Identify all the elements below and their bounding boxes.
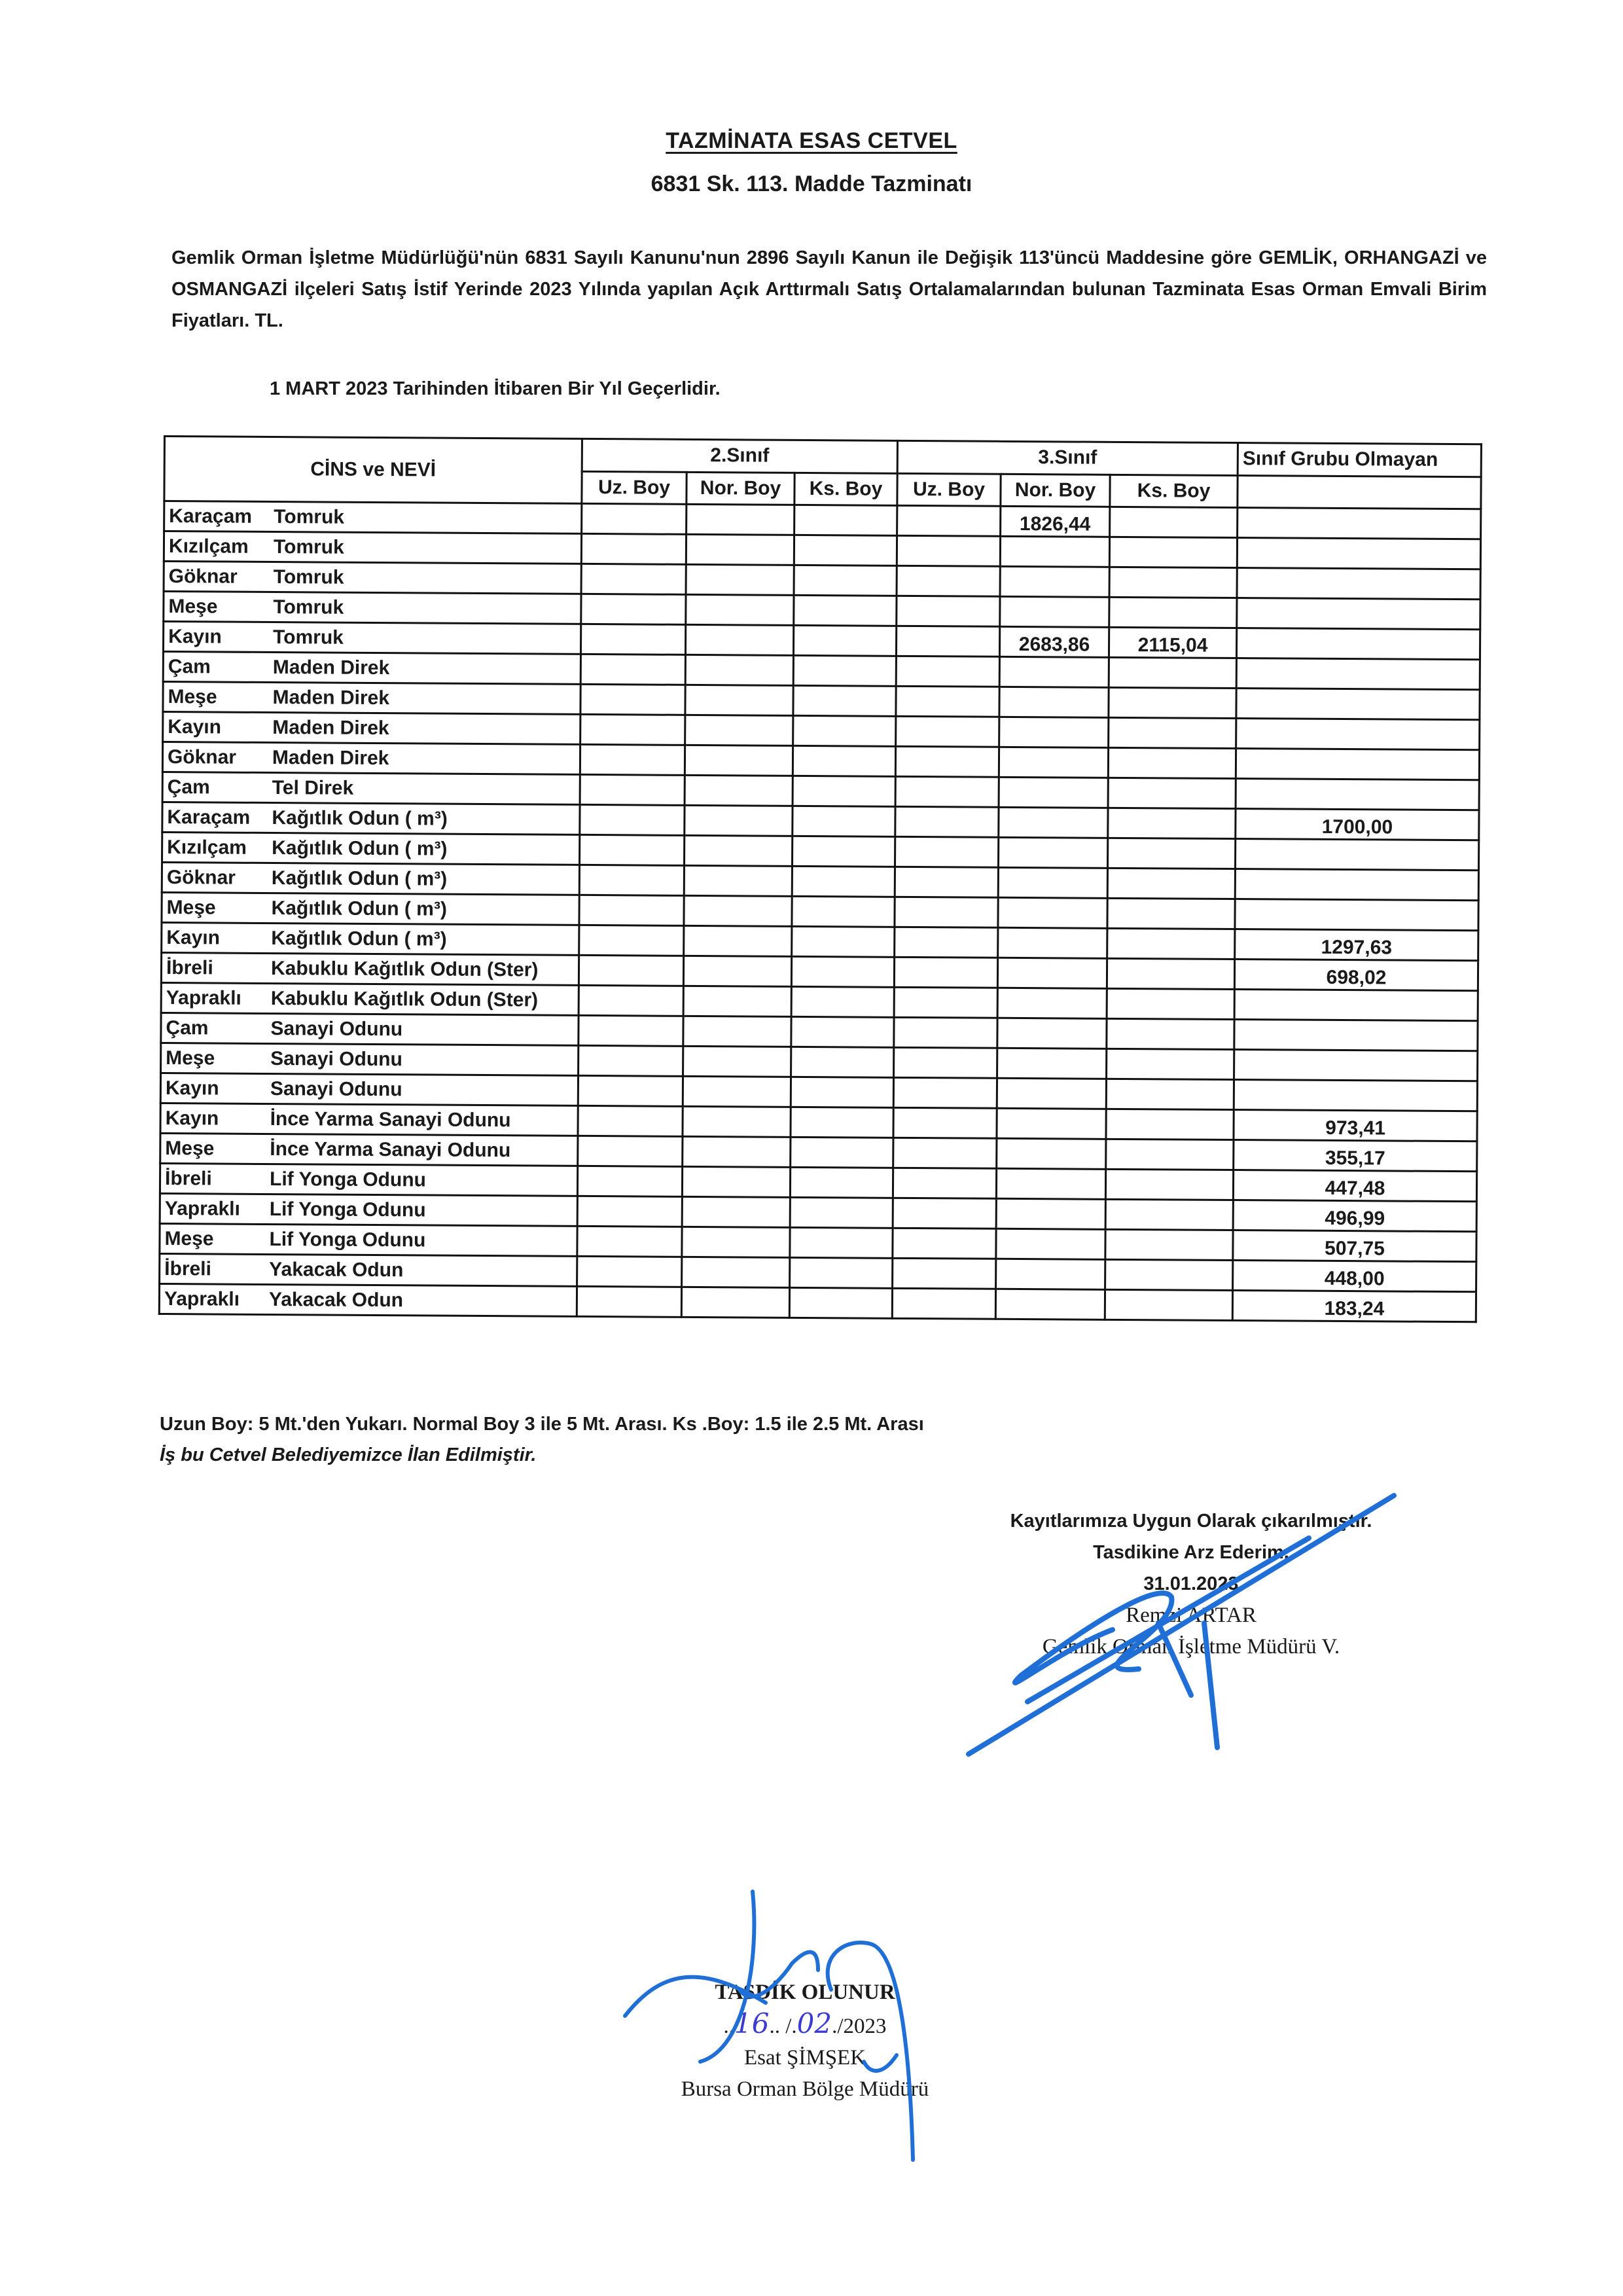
nevi-label: Maden Direk — [272, 687, 389, 709]
price-cell-s3-ks — [1106, 1079, 1234, 1109]
price-cell-s3-nor — [998, 897, 1107, 928]
cins-nevi-cell: İbreliLif Yonga Odunu — [160, 1163, 577, 1196]
price-cell-none: 507,75 — [1233, 1230, 1476, 1262]
price-cell-s2-uz — [579, 955, 683, 986]
price-cell-s3-uz — [894, 957, 997, 988]
price-cell-s3-uz — [895, 897, 998, 927]
price-cell-s2-ks — [793, 776, 895, 806]
table-body: KaraçamTomruk1826,44KızılçamTomrukGöknar… — [159, 501, 1481, 1322]
price-cell-s2-uz — [580, 744, 685, 775]
header-s3-ks: Ks. Boy — [1110, 475, 1238, 508]
price-cell-s3-ks — [1107, 868, 1235, 899]
price-cell-none — [1234, 1020, 1478, 1051]
nevi-label: Lif Yonga Odunu — [269, 1229, 425, 1251]
table-header-row-groups: CİNS ve NEVİ 2.Sınıf 3.Sınıf Sınıf Grubu… — [164, 437, 1481, 477]
header-s3-nor: Nor. Boy — [1001, 474, 1110, 507]
price-cell-s2-ks — [792, 866, 895, 897]
price-cell-s2-nor — [685, 685, 793, 715]
nevi-label: Tomruk — [273, 626, 344, 649]
price-cell-s3-ks — [1107, 958, 1234, 989]
price-cell-s3-uz — [897, 565, 1000, 596]
price-cell-s2-uz — [579, 1045, 683, 1076]
price-cell-s3-ks — [1109, 717, 1236, 748]
intro-paragraph: Gemlik Orman İşletme Müdürlüğü'nün 6831 … — [171, 242, 1487, 336]
price-cell-s2-ks — [790, 1257, 893, 1288]
price-cell-s2-ks — [791, 1077, 893, 1107]
price-cell-s3-uz — [893, 1228, 996, 1259]
price-cell-s2-uz — [580, 624, 685, 655]
price-cell-s2-nor — [682, 1257, 790, 1287]
cins-label: Çam — [168, 776, 272, 799]
price-cell-s3-ks — [1109, 567, 1237, 598]
price-cell-s3-nor — [999, 687, 1109, 717]
price-cell-s2-nor — [683, 1106, 791, 1137]
price-cell-s3-nor — [997, 1018, 1107, 1049]
nevi-label: Lif Yonga Odunu — [270, 1168, 426, 1191]
cins-nevi-cell: GöknarTomruk — [164, 562, 581, 594]
price-cell-none — [1236, 749, 1479, 780]
price-cell-s3-ks — [1105, 1289, 1232, 1320]
price-cell-s2-nor — [684, 865, 792, 896]
price-cell-s2-ks — [791, 1137, 893, 1168]
header-no-class: Sınıf Grubu Olmayan — [1238, 443, 1481, 477]
price-cell-s2-ks — [792, 926, 895, 957]
price-cell-s2-nor — [687, 504, 794, 535]
price-cell-s2-nor — [684, 925, 792, 956]
price-cell-s2-uz — [579, 985, 683, 1016]
price-cell-s3-uz — [894, 987, 997, 1018]
preparer-date: 31.01.2023 — [942, 1568, 1440, 1600]
price-cell-s3-uz — [895, 806, 999, 837]
cins-label: Göknar — [169, 565, 274, 588]
price-cell-s2-uz — [579, 895, 684, 925]
nevi-label: Kabuklu Kağıtlık Odun (Ster) — [271, 958, 539, 980]
price-cell-s3-ks — [1108, 808, 1236, 838]
price-cell-s2-ks — [790, 1227, 893, 1258]
nevi-label: İnce Yarma Sanayi Odunu — [270, 1138, 510, 1161]
price-cell-s3-uz — [894, 1047, 997, 1078]
price-cell-s2-uz — [577, 1256, 682, 1287]
price-cell-s3-ks — [1105, 1169, 1233, 1200]
cins-nevi-cell: KaraçamTomruk — [164, 501, 582, 534]
price-cell-s3-nor — [1000, 566, 1109, 597]
price-cell-none — [1237, 598, 1480, 630]
price-cell-s2-ks — [790, 1197, 893, 1228]
cins-label: Yapraklı — [165, 1198, 270, 1221]
price-cell-s2-ks — [792, 896, 895, 927]
price-cell-none: 447,48 — [1233, 1170, 1476, 1202]
price-cell-s3-nor: 2683,86 — [999, 626, 1109, 657]
cins-label: Çam — [166, 1017, 270, 1040]
cins-label: Meşe — [166, 897, 271, 920]
price-cell-s2-ks — [793, 655, 896, 686]
cins-nevi-cell: MeşeSanayi Odunu — [161, 1043, 579, 1075]
price-cell-s2-uz — [581, 564, 686, 594]
header-class-2: 2.Sınıf — [582, 439, 897, 473]
cins-nevi-cell: KayınMaden Direk — [163, 712, 580, 745]
price-cell-s3-uz — [897, 596, 1000, 626]
price-cell-s2-uz — [578, 1075, 683, 1106]
cins-nevi-cell: KayınSanayi Odunu — [160, 1073, 578, 1105]
price-cell-s2-nor — [684, 835, 792, 866]
announcement-note: İş bu Cetvel Belediyemizce İlan Edilmişt… — [160, 1444, 536, 1466]
approver-date-month: 02 — [797, 2007, 832, 2039]
cins-label: İbreli — [165, 1168, 270, 1191]
price-cell-s3-nor — [999, 747, 1108, 778]
cins-label: Yapraklı — [166, 987, 271, 1010]
price-cell-s3-ks — [1108, 778, 1236, 808]
preparer-request: Tasdikine Arz Ederim. — [942, 1537, 1440, 1568]
price-cell-s3-ks — [1109, 537, 1237, 567]
cins-label: Meşe — [166, 1047, 270, 1070]
price-cell-s3-nor — [997, 958, 1107, 988]
nevi-label: Tomruk — [274, 506, 344, 528]
price-cell-s2-ks — [793, 745, 895, 776]
price-cell-s3-nor — [997, 1108, 1106, 1139]
price-cell-s3-uz — [896, 716, 999, 747]
price-cell-s3-nor — [997, 988, 1107, 1018]
price-cell-s3-ks — [1109, 597, 1237, 628]
price-cell-s2-nor — [683, 1016, 791, 1047]
price-cell-s2-uz — [580, 684, 685, 715]
header-s2-nor: Nor. Boy — [687, 472, 794, 505]
price-cell-s3-nor — [996, 1198, 1105, 1229]
cins-label: Kayın — [166, 1077, 270, 1100]
price-cell-s2-nor — [685, 805, 793, 836]
cins-label: Karaçam — [167, 806, 272, 829]
price-cell-none: 355,17 — [1234, 1140, 1477, 1172]
price-cell-s2-ks — [791, 956, 894, 987]
cins-nevi-cell: YapraklıLif Yonga Odunu — [160, 1193, 577, 1226]
cins-label: Göknar — [167, 867, 272, 889]
price-cell-s3-uz — [896, 686, 999, 717]
price-cell-s2-nor — [685, 715, 793, 745]
price-cell-s3-nor — [997, 1078, 1106, 1109]
price-cell-s3-nor — [996, 1229, 1105, 1259]
nevi-label: Lif Yonga Odunu — [270, 1198, 426, 1221]
price-cell-s2-uz — [579, 925, 684, 956]
cins-label: İbreli — [166, 957, 271, 980]
cins-label: Çam — [168, 656, 273, 679]
price-cell-s2-ks — [793, 685, 896, 716]
price-cell-s3-nor — [996, 1259, 1105, 1289]
nevi-label: Sanayi Odunu — [270, 1048, 402, 1070]
price-cell-s2-ks — [791, 986, 894, 1017]
cins-nevi-cell: MeşeLif Yonga Odunu — [160, 1223, 577, 1256]
nevi-label: Kabuklu Kağıtlık Odun (Ster) — [271, 988, 539, 1011]
cins-label: Meşe — [164, 1228, 269, 1251]
price-cell-s2-nor — [684, 895, 792, 926]
nevi-label: Maden Direk — [273, 656, 390, 679]
price-cell-s3-nor — [1000, 536, 1109, 567]
price-cell-none — [1234, 1050, 1478, 1081]
price-cell-none — [1238, 508, 1481, 539]
price-cell-s3-nor — [998, 927, 1107, 958]
document-title: TAZMİNATA ESAS CETVEL — [0, 128, 1623, 154]
price-cell-none: 448,00 — [1233, 1261, 1476, 1292]
price-cell-s2-ks — [794, 565, 897, 596]
header-s2-ks: Ks. Boy — [794, 473, 897, 505]
cins-nevi-cell: Kayınİnce Yarma Sanayi Odunu — [160, 1103, 578, 1136]
price-cell-none — [1236, 779, 1479, 810]
price-cell-s3-ks — [1108, 747, 1236, 778]
cins-nevi-cell: İbreliYakacak Odun — [160, 1253, 577, 1286]
price-cell-s3-ks — [1107, 1049, 1234, 1079]
price-cell-s3-nor — [998, 867, 1107, 898]
price-cell-s3-uz — [893, 1258, 996, 1289]
price-cell-s2-ks — [789, 1287, 892, 1318]
nevi-label: Yakacak Odun — [269, 1259, 403, 1281]
price-cell-none — [1236, 839, 1479, 870]
price-cell-s3-ks — [1107, 988, 1234, 1019]
cins-label: Kayın — [168, 626, 273, 649]
approver-position: Bursa Orman Bölge Müdürü — [641, 2073, 969, 2105]
nevi-label: Sanayi Odunu — [270, 1078, 402, 1100]
price-cell-none: 496,99 — [1233, 1200, 1476, 1232]
header-no-class-sub — [1238, 475, 1481, 509]
price-cell-s3-ks — [1107, 898, 1235, 929]
price-cell-s2-uz — [577, 1166, 682, 1196]
price-cell-s3-ks — [1109, 657, 1236, 688]
price-cell-s3-ks — [1105, 1259, 1233, 1290]
cins-nevi-cell: ÇamTel Direk — [162, 772, 580, 804]
price-cell-none — [1236, 628, 1480, 660]
length-definitions: Uzun Boy: 5 Mt.'den Yukarı. Normal Boy 3… — [160, 1414, 924, 1435]
cins-nevi-cell: MeşeTomruk — [164, 592, 581, 624]
approver-date: ..16.. /.02./2023 — [641, 2008, 969, 2042]
cins-label: İbreli — [164, 1258, 269, 1281]
nevi-label: Sanayi Odunu — [270, 1018, 402, 1040]
price-cell-s3-nor — [999, 837, 1108, 868]
price-cell-s2-uz — [580, 804, 685, 835]
price-cell-s3-nor: 1826,44 — [1001, 506, 1110, 537]
nevi-label: Tomruk — [274, 536, 344, 558]
price-cell-s3-nor — [999, 777, 1108, 808]
cins-nevi-cell: KayınKağıtlık Odun ( m³) — [162, 922, 579, 955]
price-cell-s2-ks — [794, 595, 897, 626]
nevi-label: Maden Direk — [272, 747, 389, 769]
header-s2-uz: Uz. Boy — [582, 471, 687, 504]
price-cell-s2-nor — [686, 564, 794, 595]
price-cell-s2-uz — [581, 594, 686, 624]
price-cell-none — [1234, 990, 1478, 1021]
price-cell-s2-uz — [580, 774, 685, 805]
price-cell-s2-uz — [577, 1226, 682, 1257]
preparer-signature-block: Kayıtlarımıza Uygun Olarak çıkarılmıştır… — [942, 1505, 1440, 1662]
cins-nevi-cell: KayınTomruk — [163, 622, 580, 655]
price-cell-s3-uz — [894, 1017, 997, 1048]
nevi-label: Tel Direk — [272, 777, 354, 799]
price-cell-s2-uz — [579, 1015, 683, 1046]
cins-nevi-cell: ÇamMaden Direk — [163, 652, 580, 685]
price-cell-s3-uz — [893, 1077, 997, 1108]
cins-nevi-cell: GöknarKağıtlık Odun ( m³) — [162, 862, 579, 895]
price-cell-s3-nor — [995, 1289, 1105, 1319]
price-cell-s3-uz — [895, 836, 999, 867]
price-cell-s2-nor — [683, 956, 791, 986]
price-cell-s3-nor — [996, 1168, 1105, 1199]
price-cell-s2-nor — [683, 1136, 791, 1167]
header-class-3: 3.Sınıf — [897, 440, 1238, 475]
validity-statement: 1 MART 2023 Tarihinden İtibaren Bir Yıl … — [270, 378, 721, 400]
nevi-label: İnce Yarma Sanayi Odunu — [270, 1108, 511, 1131]
price-cell-s2-nor — [681, 1287, 789, 1318]
price-cell-s2-ks — [794, 505, 897, 535]
price-cell-none — [1237, 538, 1480, 569]
price-cell-s2-uz — [581, 533, 686, 564]
price-cell-s3-uz — [895, 867, 998, 897]
price-cell-none — [1235, 869, 1478, 901]
price-cell-s3-uz — [892, 1288, 995, 1319]
price-cell-none — [1234, 1080, 1477, 1111]
cins-label: Meşe — [168, 686, 272, 709]
price-cell-s2-nor — [685, 624, 793, 655]
price-cell-s2-uz — [580, 834, 685, 865]
price-cell-s2-nor — [682, 1227, 790, 1257]
cins-nevi-cell: GöknarMaden Direk — [162, 742, 580, 775]
cins-nevi-cell: Meşeİnce Yarma Sanayi Odunu — [160, 1133, 578, 1166]
price-cell-s2-uz — [578, 1105, 683, 1136]
price-cell-s2-nor — [686, 594, 794, 625]
price-cell-s3-uz — [895, 776, 999, 807]
price-cell-s3-nor — [997, 1138, 1106, 1169]
price-cell-s2-ks — [793, 625, 896, 656]
nevi-label: Tomruk — [273, 596, 344, 619]
price-cell-s3-uz — [896, 656, 999, 687]
document-subtitle: 6831 Sk. 113. Madde Tazminatı — [0, 171, 1623, 197]
price-cell-none: 1297,63 — [1235, 929, 1478, 961]
price-cell-s2-uz — [580, 654, 685, 685]
price-table: CİNS ve NEVİ 2.Sınıf 3.Sınıf Sınıf Grubu… — [158, 435, 1482, 1323]
price-cell-s3-ks — [1106, 1109, 1234, 1139]
cins-nevi-cell: ÇamSanayi Odunu — [161, 1013, 579, 1045]
price-cell-s2-nor — [683, 1076, 791, 1107]
price-cell-s2-ks — [792, 836, 895, 867]
price-cell-s2-uz — [580, 714, 685, 745]
price-cell-s2-ks — [791, 1107, 893, 1138]
price-cell-s3-nor — [997, 1048, 1107, 1079]
header-s3-uz: Uz. Boy — [897, 473, 1001, 506]
cins-nevi-cell: YapraklıYakacak Odun — [159, 1283, 577, 1316]
nevi-label: Yakacak Odun — [269, 1289, 403, 1311]
price-cell-s3-ks — [1106, 1139, 1234, 1170]
price-cell-s3-ks — [1105, 1199, 1233, 1230]
price-cell-none: 973,41 — [1234, 1110, 1477, 1141]
cins-nevi-cell: İbreliKabuklu Kağıtlık Odun (Ster) — [161, 952, 579, 985]
price-cell-s3-ks: 2115,04 — [1109, 627, 1236, 658]
price-cell-none — [1236, 719, 1480, 750]
cins-nevi-cell: KızılçamTomruk — [164, 531, 581, 564]
price-cell-s3-uz — [893, 1198, 996, 1229]
price-cell-s3-ks — [1107, 1018, 1234, 1049]
price-cell-s2-nor — [682, 1196, 790, 1227]
price-cell-s2-nor — [686, 534, 794, 565]
approver-heading: TASDİK OLUNUR — [641, 1977, 969, 2008]
price-cell-s3-uz — [893, 1168, 996, 1198]
cins-label: Karaçam — [169, 505, 274, 528]
price-cell-none — [1235, 899, 1478, 931]
price-cell-s2-uz — [577, 1196, 682, 1227]
header-cins-nevi: CİNS ve NEVİ — [164, 437, 582, 504]
cins-label: Kayın — [168, 716, 272, 739]
price-cell-s3-ks — [1109, 687, 1236, 718]
price-cell-s2-ks — [791, 1016, 894, 1047]
price-cell-s2-uz — [582, 503, 687, 534]
cins-label: Meşe — [168, 596, 273, 619]
price-cell-s3-ks — [1108, 838, 1236, 869]
cins-label: Kayın — [166, 1107, 270, 1130]
price-cell-s3-ks — [1110, 507, 1238, 537]
preparer-statement: Kayıtlarımıza Uygun Olarak çıkarılmıştır… — [942, 1505, 1440, 1537]
price-cell-s2-uz — [579, 865, 684, 895]
cins-label: Yapraklı — [164, 1288, 269, 1311]
price-cell-s2-nor — [685, 655, 793, 685]
price-cell-s2-nor — [683, 986, 791, 1016]
cins-nevi-cell: MeşeMaden Direk — [163, 682, 580, 715]
price-cell-s2-nor — [685, 745, 793, 776]
approver-date-day: 16 — [734, 2007, 769, 2039]
cins-nevi-cell: KızılçamKağıtlık Odun ( m³) — [162, 832, 580, 865]
preparer-name: Remzi ARTAR — [942, 1600, 1440, 1631]
price-cell-s2-uz — [578, 1136, 683, 1166]
nevi-label: Maden Direk — [272, 717, 389, 739]
price-cell-s3-uz — [897, 505, 1001, 536]
price-cell-s2-nor — [682, 1166, 790, 1197]
price-cell-none: 698,02 — [1234, 960, 1478, 991]
nevi-label: Tomruk — [274, 566, 344, 588]
price-cell-none: 1700,00 — [1236, 809, 1479, 840]
price-cell-s2-ks — [794, 535, 897, 565]
price-cell-s2-ks — [793, 715, 896, 746]
price-cell-s3-uz — [893, 1138, 997, 1168]
price-cell-s3-nor — [999, 717, 1109, 747]
nevi-label: Kağıtlık Odun ( m³) — [272, 837, 448, 860]
price-cell-s2-uz — [577, 1286, 681, 1317]
price-cell-s2-ks — [793, 806, 895, 836]
cins-label: Kayın — [166, 927, 271, 950]
price-cell-s2-ks — [791, 1047, 894, 1077]
cins-label: Kızılçam — [169, 535, 274, 558]
price-cell-none — [1237, 568, 1480, 600]
price-cell-s3-uz — [893, 1107, 997, 1138]
price-cell-s3-nor — [999, 807, 1108, 838]
nevi-label: Kağıtlık Odun ( m³) — [271, 897, 447, 920]
price-cell-s2-ks — [790, 1167, 893, 1198]
price-cell-s3-nor — [999, 656, 1109, 687]
price-cell-s3-ks — [1105, 1229, 1233, 1260]
price-cell-s3-nor — [1000, 596, 1109, 627]
price-cell-none — [1236, 689, 1480, 720]
approver-name: Esat ŞİMŞEK — [641, 2042, 969, 2073]
cins-label: Göknar — [168, 746, 272, 769]
approver-signature-block: TASDİK OLUNUR ..16.. /.02./2023 Esat ŞİM… — [641, 1977, 969, 2105]
price-cell-s3-ks — [1107, 928, 1235, 959]
price-cell-s3-uz — [895, 746, 999, 777]
preparer-position: Gemlik Orman İşletme Müdürü V. — [942, 1631, 1440, 1662]
cins-nevi-cell: KaraçamKağıtlık Odun ( m³) — [162, 802, 580, 834]
cins-nevi-cell: MeşeKağıtlık Odun ( m³) — [162, 892, 579, 925]
price-cell-none: 183,24 — [1232, 1291, 1476, 1322]
nevi-label: Kağıtlık Odun ( m³) — [272, 867, 448, 890]
nevi-label: Kağıtlık Odun ( m³) — [272, 807, 448, 830]
price-cell-s3-uz — [895, 927, 998, 958]
price-cell-s3-uz — [896, 626, 999, 656]
nevi-label: Kağıtlık Odun ( m³) — [271, 927, 447, 950]
price-cell-s3-uz — [897, 535, 1000, 566]
price-cell-s2-nor — [685, 775, 793, 806]
cins-label: Kızılçam — [167, 836, 272, 859]
cins-label: Meşe — [165, 1138, 270, 1160]
